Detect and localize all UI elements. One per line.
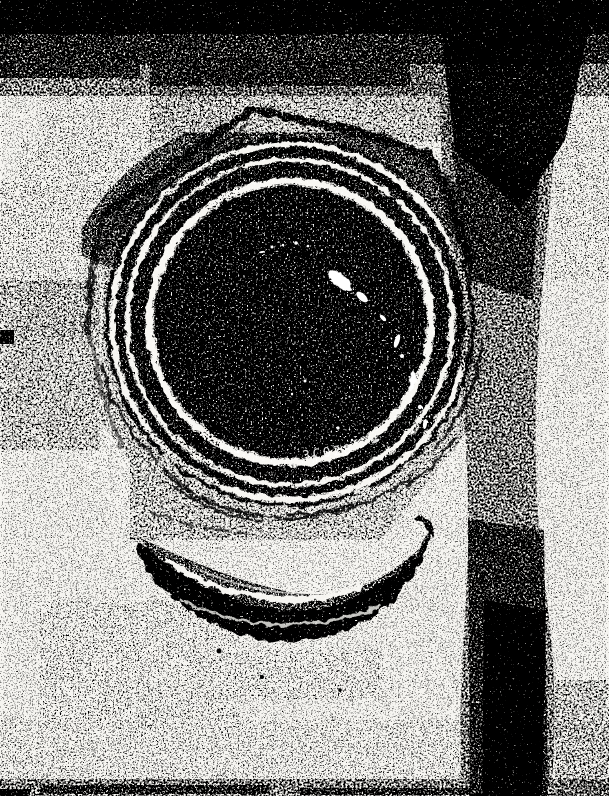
noise-patch [0, 0, 140, 78]
noise-patch [130, 430, 220, 540]
bottom-edge-streak [40, 785, 270, 794]
noise-patch [555, 680, 609, 796]
noise-patch [40, 600, 240, 730]
noise-patch [0, 720, 609, 780]
noise-patch [0, 330, 14, 344]
bottom-edge-streak [0, 789, 30, 796]
stamp-scratch-dot [383, 445, 385, 447]
noise-patch [20, 140, 110, 340]
bottom-edge-streak [300, 788, 480, 795]
photo-svg: 3C028 [0, 0, 609, 796]
scanned-photo: 3C028 [0, 0, 609, 796]
noise-patch [220, 650, 380, 700]
noise-patch [555, 60, 609, 280]
